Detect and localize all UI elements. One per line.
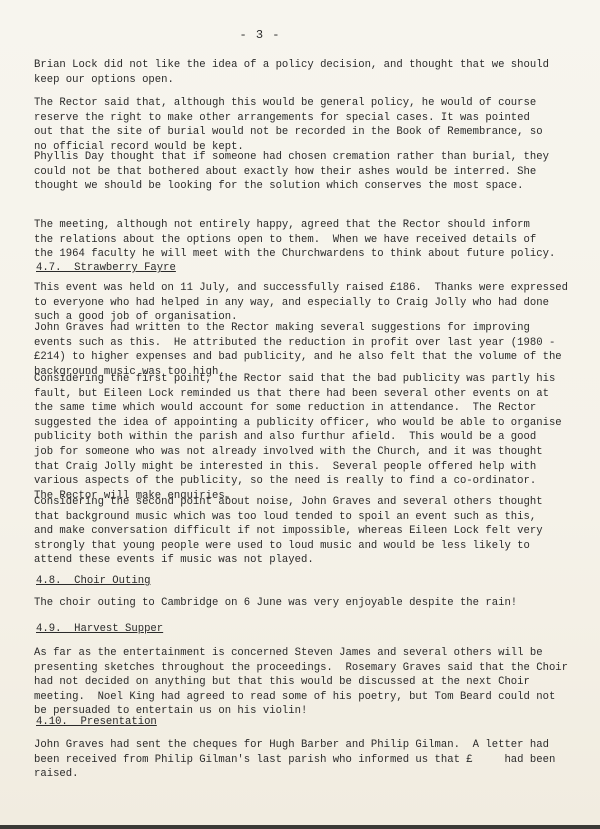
text-line: out that the site of burial would not be… (34, 125, 554, 140)
text-line: suggested the idea of appointing a publi… (34, 416, 554, 431)
text-line: the same time which would account for so… (34, 401, 554, 416)
document-page: - 3 - Brian Lock did not like the idea o… (0, 0, 600, 829)
section-heading: 4.7. Strawberry Fayre (36, 262, 176, 274)
text-line: £214) to higher expenses and bad publici… (34, 350, 554, 365)
text-line: that background music which was too loud… (34, 510, 554, 525)
text-line: that Craig Jolly might be interested in … (34, 460, 554, 475)
text-line: attend these events if music was not pla… (34, 553, 554, 568)
text-line: the 1964 faculty he will meet with the C… (34, 247, 554, 262)
page-number: - 3 - (0, 28, 520, 42)
text-line: publicity both within the parish and als… (34, 430, 554, 445)
text-line: Brian Lock did not like the idea of a po… (34, 58, 554, 73)
paragraph: This event was held on 11 July, and succ… (34, 281, 554, 325)
paragraph: Considering the first point, the Rector … (34, 372, 554, 503)
section-heading: 4.8. Choir Outing (36, 575, 150, 587)
text-line: raised. (34, 767, 554, 782)
text-line: and make conversation difficult if not i… (34, 524, 554, 539)
section-heading: 4.10. Presentation (36, 716, 157, 728)
text-line: to everyone who had helped in any way, a… (34, 296, 554, 311)
paragraph: Phyllis Day thought that if someone had … (34, 150, 554, 194)
text-line: the relations about the options open to … (34, 233, 554, 248)
paragraph: John Graves had written to the Rector ma… (34, 321, 554, 379)
text-line: strongly that young people were used to … (34, 539, 554, 554)
text-line: been received from Philip Gilman's last … (34, 753, 554, 768)
text-line: John Graves had written to the Rector ma… (34, 321, 554, 336)
paragraph: Considering the second point about noise… (34, 495, 554, 568)
text-line: events such as this. He attributed the r… (34, 336, 554, 351)
paragraph: The choir outing to Cambridge on 6 June … (34, 596, 554, 611)
text-line: As far as the entertainment is concerned… (34, 646, 554, 661)
text-line: The choir outing to Cambridge on 6 June … (34, 596, 554, 611)
paragraph: Brian Lock did not like the idea of a po… (34, 58, 554, 87)
paragraph: The meeting, although not entirely happy… (34, 218, 554, 262)
paragraph: The Rector said that, although this woul… (34, 96, 554, 154)
text-line: keep our options open. (34, 73, 554, 88)
text-line: could not be that bothered about exactly… (34, 165, 554, 180)
paragraph: John Graves had sent the cheques for Hug… (34, 738, 554, 782)
text-line: Phyllis Day thought that if someone had … (34, 150, 554, 165)
text-line: fault, but Eileen Lock reminded us that … (34, 387, 554, 402)
text-line: This event was held on 11 July, and succ… (34, 281, 554, 296)
text-line: Considering the first point, the Rector … (34, 372, 554, 387)
text-line: The Rector said that, although this woul… (34, 96, 554, 111)
page-edge (0, 825, 600, 829)
text-line: had not decided on anything but that thi… (34, 675, 554, 690)
text-line: thought we should be looking for the sol… (34, 179, 554, 194)
text-line: Considering the second point about noise… (34, 495, 554, 510)
text-line: reserve the right to make other arrangem… (34, 111, 554, 126)
text-line: job for someone who was not already invo… (34, 445, 554, 460)
text-line: John Graves had sent the cheques for Hug… (34, 738, 554, 753)
section-heading: 4.9. Harvest Supper (36, 623, 163, 635)
text-line: various aspects of the publicity, so the… (34, 474, 554, 489)
text-line: meeting. Noel King had agreed to read so… (34, 690, 554, 705)
paragraph: As far as the entertainment is concerned… (34, 646, 554, 719)
text-line: presenting sketches throughout the proce… (34, 661, 554, 676)
text-line: The meeting, although not entirely happy… (34, 218, 554, 233)
